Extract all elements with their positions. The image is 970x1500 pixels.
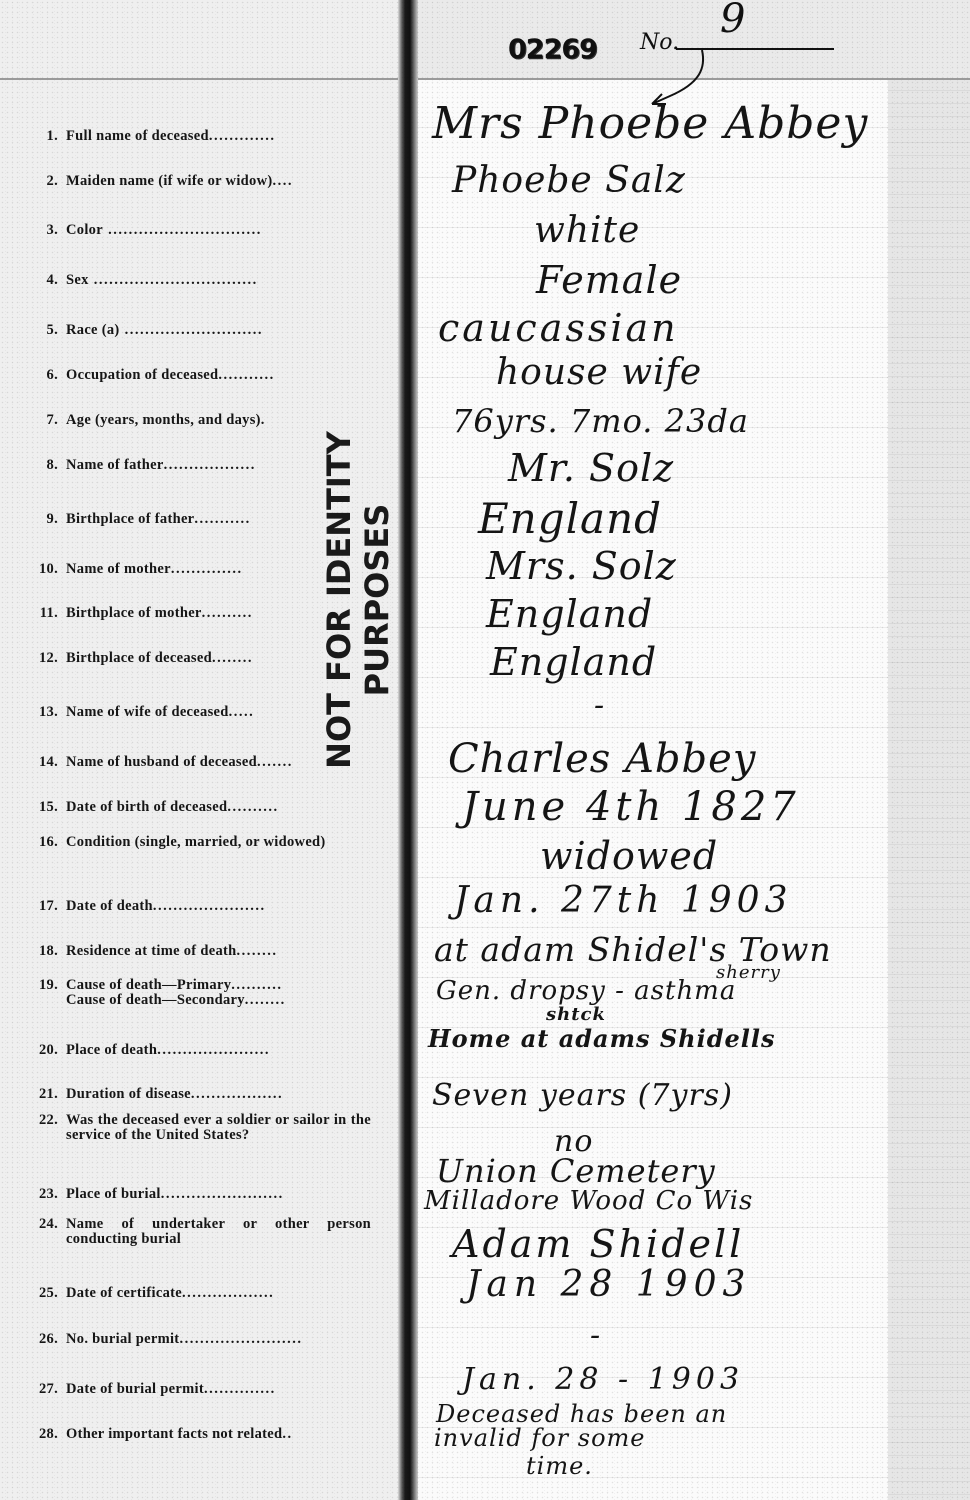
value-condition: widowed bbox=[540, 834, 718, 878]
value-other-facts-line2: invalid for some bbox=[434, 1424, 646, 1452]
value-mother-birthplace: England bbox=[486, 592, 653, 636]
value-burial-permit-no: - bbox=[590, 1318, 601, 1353]
value-sex: Female bbox=[536, 258, 682, 302]
value-maiden-name: Phoebe Salz bbox=[452, 160, 686, 201]
label-residence: 18.Residence at time of death........ bbox=[18, 944, 374, 959]
value-place-of-death: Home at adams Shidells bbox=[428, 1024, 776, 1053]
label-soldier: 22.Was the deceased ever a soldier or sa… bbox=[18, 1113, 374, 1143]
value-mother-name: Mrs. Solz bbox=[486, 544, 677, 588]
label-age: 7.Age (years, months, and days). bbox=[18, 413, 374, 428]
label-deceased-birthplace: 12.Birthplace of deceased........ bbox=[18, 651, 374, 666]
label-burial-permit-date: 27.Date of burial permit.............. bbox=[18, 1382, 374, 1397]
label-mother-birthplace: 11.Birthplace of mother.......... bbox=[18, 606, 374, 621]
value-father-name: Mr. Solz bbox=[508, 446, 674, 490]
label-race: 5.Race (a) ........................... bbox=[18, 323, 374, 338]
value-occupation: house wife bbox=[496, 352, 702, 393]
value-deceased-birthplace: England bbox=[490, 640, 657, 684]
label-father-birthplace: 9.Birthplace of father........... bbox=[18, 512, 374, 527]
value-burial-place: Union Cemetery bbox=[436, 1152, 716, 1190]
label-occupation: 6.Occupation of deceased........... bbox=[18, 368, 374, 383]
value-undertaker: Adam Shidell bbox=[452, 1222, 744, 1266]
stamp-number: 02269 bbox=[508, 34, 597, 65]
label-burial-permit-no: 26.No. burial permit....................… bbox=[18, 1332, 374, 1347]
value-duration: Seven years (7yrs) bbox=[432, 1078, 733, 1113]
label-other-facts: 28.Other important facts not related.. bbox=[18, 1427, 374, 1442]
label-duration: 21.Duration of disease.................. bbox=[18, 1087, 374, 1102]
label-color: 3.Color .............................. bbox=[18, 223, 374, 238]
header-rule bbox=[0, 78, 970, 80]
label-maiden-name: 2.Maiden name (if wife or widow).... bbox=[18, 174, 374, 189]
label-burial-place: 23.Place of burial......................… bbox=[18, 1187, 374, 1202]
label-father-name: 8.Name of father.................. bbox=[18, 458, 374, 473]
label-cause-secondary: Cause of death—Secondary........ bbox=[18, 993, 374, 1008]
label-undertaker: 24.Name of undertaker or other person co… bbox=[18, 1217, 374, 1247]
label-sex: 4.Sex ................................ bbox=[18, 273, 374, 288]
binding-divider bbox=[398, 0, 418, 1500]
record-number-value: 9 bbox=[720, 0, 745, 42]
value-age: 76yrs. 7mo. 23da bbox=[452, 402, 749, 440]
value-burial-permit-date: Jan. 28 - 1903 bbox=[462, 1362, 744, 1397]
value-cause-of-death: Gen. dropsy - asthma bbox=[436, 976, 736, 1006]
label-death-date: 17.Date of death...................... bbox=[18, 899, 374, 914]
value-other-facts-line3: time. bbox=[526, 1452, 593, 1480]
label-condition: 16.Condition (single, married, or widowe… bbox=[18, 835, 374, 850]
value-full-name: Mrs Phoebe Abbey bbox=[432, 98, 868, 149]
value-race: caucassian bbox=[438, 306, 679, 350]
label-mother-name: 10.Name of mother.............. bbox=[18, 562, 374, 577]
value-father-birthplace: England bbox=[478, 494, 662, 543]
label-wife-name: 13.Name of wife of deceased..... bbox=[18, 705, 374, 720]
page-margin bbox=[888, 78, 970, 1500]
label-cause-primary: 19.Cause of death—Primary.......... bbox=[18, 978, 374, 993]
value-birth-date: June 4th 1827 bbox=[462, 784, 800, 830]
label-place-of-death: 20.Place of death...................... bbox=[18, 1043, 374, 1058]
value-burial-place-location: Milladore Wood Co Wis bbox=[424, 1186, 753, 1216]
label-full-name: 1.Full name of deceased............. bbox=[18, 129, 374, 144]
label-husband-name: 14.Name of husband of deceased....... bbox=[18, 755, 374, 770]
value-wife-name: - bbox=[594, 688, 605, 723]
label-birth-date: 15.Date of birth of deceased.......... bbox=[18, 800, 374, 815]
value-cause-note-below: shtck bbox=[546, 1004, 606, 1025]
label-certificate-date: 25.Date of certificate.................. bbox=[18, 1286, 374, 1301]
value-color: white bbox=[534, 210, 640, 251]
value-certificate-date: Jan 28 1903 bbox=[466, 1264, 751, 1305]
value-husband-name: Charles Abbey bbox=[448, 736, 756, 782]
value-death-date: Jan. 27th 1903 bbox=[454, 880, 793, 921]
